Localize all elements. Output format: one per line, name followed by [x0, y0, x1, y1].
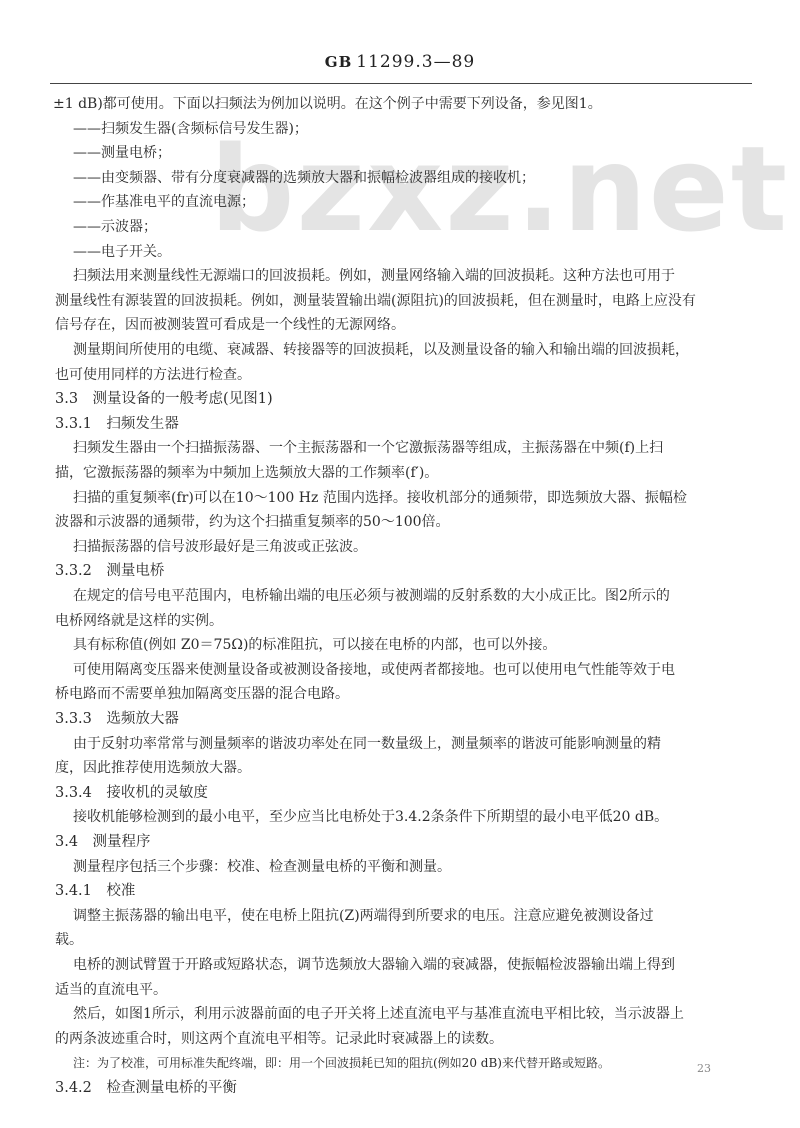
paragraph-line: 载。	[55, 930, 83, 950]
paragraph-line: 的两条波迹重合时，则这两个直流电平相等。记录此时衰减器上的读数。	[55, 1029, 503, 1049]
paragraph-line: ——由变频器、带有分度衰减器的选频放大器和振幅检波器组成的接收机；	[73, 168, 535, 188]
paragraph-line: 测量期间所使用的电缆、衰减器、转接器等的回波损耗，以及测量设备的输入和输出端的回…	[73, 340, 689, 360]
paragraph-line: 具有标称值(例如 Z0＝75Ω)的标准阻抗，可以接在电桥的内部，也可以外接。	[73, 635, 556, 655]
paragraph-line: 测量程序包括三个步骤：校准、检查测量电桥的平衡和测量。	[73, 857, 451, 877]
section-heading: 3.3.3 选频放大器	[55, 709, 179, 729]
paragraph-line: 在规定的信号电平范围内，电桥输出端的电压必须与被测端的反射系数的大小成正比。图2…	[73, 586, 670, 606]
paragraph-line: 接收机能够检测到的最小电平，至少应当比电桥处于3.4.2条条件下所期望的最小电平…	[73, 807, 668, 827]
header-rule	[50, 83, 752, 84]
section-heading: 3.4 测量程序	[55, 832, 151, 852]
paragraph-line: 描，它激振荡器的频率为中频加上选频放大器的工作频率(f′)。	[55, 463, 438, 483]
section-heading: 3.4.1 校准	[55, 881, 135, 901]
paragraph-line: ——示波器；	[73, 217, 157, 237]
document-header: GB11299.3—89	[0, 52, 800, 72]
section-heading: 3.3.1 扫频发生器	[55, 414, 179, 434]
paragraph-line: 测量线性有源装置的回波损耗。例如，测量装置输出端(源阻抗)的回波损耗，但在测量时…	[55, 291, 696, 311]
paragraph-line: 调整主振荡器的输出电平，使在电桥上阻抗(Z)两端得到所要求的电压。注意应避免被测…	[73, 906, 654, 926]
paragraph-line: 电桥的测试臂置于开路或短路状态，调节选频放大器输入端的衰减器，使振幅检波器输出端…	[73, 955, 675, 975]
paragraph-line: 度，因此推荐使用选频放大器。	[55, 758, 251, 778]
paragraph-line: 适当的直流电平。	[55, 980, 167, 1000]
section-heading: 3.4.2 检查测量电桥的平衡	[55, 1078, 237, 1098]
section-heading: 3.3 测量设备的一般考虑(见图1)	[55, 389, 273, 409]
standard-prefix: GB	[325, 53, 353, 71]
paragraph-line: ——测量电桥；	[73, 143, 171, 163]
paragraph-line: 扫描振荡器的信号波形最好是三角波或正弦波。	[73, 537, 367, 557]
paragraph-line: 然后，如图1所示，利用示波器前面的电子开关将上述直流电平与基准直流电平相比较，当…	[73, 1004, 684, 1024]
paragraph-line: 扫频法用来测量线性无源端口的回波损耗。例如，测量网络输入端的回波损耗。这种方法也…	[73, 266, 675, 286]
standard-number: 11299.3—89	[356, 52, 475, 72]
paragraph-line: 可使用隔离变压器来使测量设备或被测设备接地，或使两者都接地。也可以使用电气性能等…	[73, 660, 675, 680]
paragraph-line: 扫频发生器由一个扫描振荡器、一个主振荡器和一个它激振荡器等组成，主振荡器在中频(…	[73, 438, 663, 458]
paragraph-line: 也可使用同样的方法进行检查。	[55, 365, 251, 385]
paragraph-line: ——电子开关。	[73, 242, 171, 262]
paragraph-line: 桥电路而不需要单独加隔离变压器的混合电路。	[55, 684, 349, 704]
section-heading: 3.3.2 测量电桥	[55, 561, 164, 581]
paragraph-line: ±1 dB)都可使用。下面以扫频法为例加以说明。在这个例子中需要下列设备，参见图…	[53, 94, 602, 114]
paragraph-line: 电桥网络就是这样的实例。	[55, 611, 223, 631]
paragraph-line: 由于反射功率常常与测量频率的谐波功率处在同一数量级上，测量频率的谐波可能影响测量…	[73, 734, 661, 754]
section-heading: 3.3.4 接收机的灵敏度	[55, 783, 208, 803]
page-number: 23	[697, 1062, 711, 1075]
paragraph-line: ——作基准电平的直流电源；	[73, 192, 255, 212]
paragraph-line: 扫描的重复频率(fr)可以在10～100 Hz 范围内选择。接收机部分的通频带，…	[73, 488, 687, 508]
paragraph-line: 波器和示波器的通频带，约为这个扫描重复频率的50～100倍。	[55, 512, 450, 532]
paragraph-line: 信号存在，因而被测装置可看成是一个线性的无源网络。	[55, 315, 405, 335]
paragraph-line: ——扫频发生器(含频标信号发生器)；	[73, 119, 308, 139]
watermark: bzxz.net	[210, 130, 789, 248]
note-text: 注：为了校准，可用标准失配终端，即：用一个回波损耗已知的阻抗(例如20 dB)来…	[73, 1053, 610, 1073]
